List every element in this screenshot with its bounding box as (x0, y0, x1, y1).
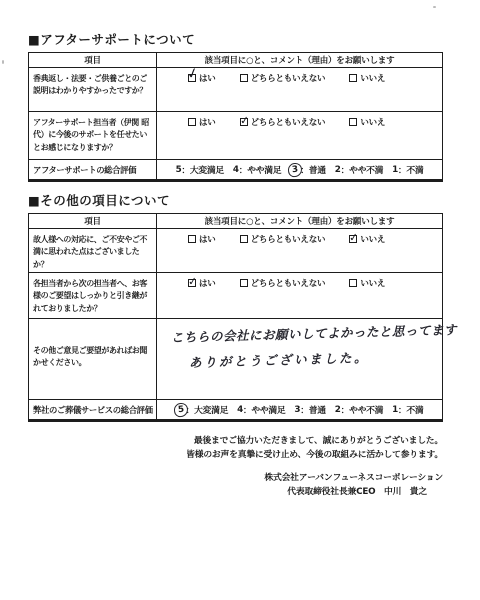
question-text: アフターサポート担当者（伊関 昭代）に今後のサポートを任せたいとお感じになります… (29, 112, 157, 159)
header-item-cell: 項目 (29, 53, 157, 67)
ceo-signature: 代表取締役社長兼CEO 中川 貴之 (28, 485, 443, 499)
handwritten-comment-line1: こちらの会社にお願いしてよかったと思ってます (171, 320, 442, 346)
rating-4: 4：やや満足 (237, 403, 285, 416)
checkbox-checked-icon: ✓ (349, 235, 357, 243)
check-mark-icon: ✓ (185, 66, 200, 83)
checkbox-empty-icon (188, 235, 196, 243)
header-instruction-cell: 該当項目に○と、コメント（理由）をお願いします (157, 214, 442, 228)
rating-5: 5：大変満足 (176, 163, 224, 176)
option-label: いいえ (360, 72, 385, 84)
header-instruction-cell: 該当項目に○と、コメント（理由）をお願いします (157, 53, 442, 67)
option-label: どちらともいえない (251, 233, 326, 245)
scan-artifact (433, 6, 436, 8)
table-row-after-support-rating: アフターサポートの総合評価 5：大変満足 4：やや満足 3：普通 2：やや不満 … (29, 160, 442, 179)
table-header-row: 項目 該当項目に○と、コメント（理由）をお願いします (29, 53, 442, 68)
header-item-cell: 項目 (29, 214, 157, 228)
option-yes: はい (188, 233, 216, 245)
option-label: いいえ (360, 233, 385, 245)
option-neutral: どちらともいえない (240, 277, 326, 289)
question-text: 故人様への対応に、ご不安やご不満に思われた点はございましたか？ (29, 229, 157, 272)
rating-2: 2：やや不満 (335, 403, 383, 416)
table-row-free-comment: その他ご意見ご要望があればお聞かせください。 こちらの会社にお願いしてよかったと… (29, 319, 442, 400)
company-block: 株式会社アーバンフューネスコーポレーション 代表取締役社長兼CEO 中川 貴之 (28, 471, 443, 499)
footer-block: 最後までご協力いただきまして、誠にありがとうございました。 皆様のお声を真摯に受… (28, 434, 443, 499)
option-label: どちらともいえない (251, 277, 326, 289)
handwritten-comment-line2: ありがとうございました。 (189, 346, 442, 371)
option-label: いいえ (360, 277, 385, 289)
checkbox-empty-icon (349, 118, 357, 126)
section-title-other-items: ■その他の項目について (28, 191, 443, 209)
rating-3-circled: 3：普通 (290, 163, 326, 177)
checkbox-empty-icon (240, 279, 248, 287)
checkbox-checked-icon: ✓ (188, 74, 196, 82)
checkbox-empty-icon (240, 74, 248, 82)
thanks-line1: 最後までご協力いただきまして、誠にありがとうございました。 (28, 434, 443, 448)
option-yes: ✓ はい (188, 72, 216, 84)
option-yes: はい (188, 116, 216, 128)
table-row-deceased-question: 故人様への対応に、ご不安やご不満に思われた点はございましたか？ はい どちらとも… (29, 229, 442, 273)
after-support-table: 項目 該当項目に○と、コメント（理由）をお願いします 香典返し・法要・ご供養ごと… (28, 52, 443, 182)
rating-3: 3：普通 (294, 403, 325, 416)
rating-label: アフターサポートの総合評価 (29, 160, 157, 179)
rating-scale: 5：大変満足 4：やや満足 3：普通 2：やや不満 1：不満 (157, 160, 442, 179)
option-label: はい (199, 116, 216, 128)
rating-2: 2：やや不満 (335, 163, 383, 176)
option-group: はい ✓ どちらともいえない いいえ (157, 112, 442, 128)
option-label: はい (199, 233, 216, 245)
checkbox-empty-icon (349, 74, 357, 82)
option-no: ✓ いいえ (349, 233, 385, 245)
company-name: 株式会社アーバンフューネスコーポレーション (28, 471, 443, 485)
rating-label: 弊社のご葬儀サービスの総合評価 (29, 400, 157, 419)
checkbox-empty-icon (240, 235, 248, 243)
checkbox-checked-icon: ✓ (188, 279, 196, 287)
option-label: いいえ (360, 116, 385, 128)
thanks-line2: 皆様のお声を真摯に受け止め、今後の取組みに活かして参ります。 (28, 448, 443, 462)
option-no: いいえ (349, 116, 385, 128)
other-items-table: 項目 該当項目に○と、コメント（理由）をお願いします 故人様への対応に、ご不安や… (28, 213, 443, 422)
comment-label: その他ご意見ご要望があればお聞かせください。 (29, 319, 157, 399)
option-no: いいえ (349, 72, 385, 84)
option-label: はい (199, 277, 216, 289)
table-row-koden-question: 香典返し・法要・ご供養ごとのご説明はわかりやすかったですか？ ✓ はい どちらと… (29, 68, 442, 112)
scanned-survey-page: ■アフターサポートについて 項目 該当項目に○と、コメント（理由）をお願いします… (0, 0, 480, 600)
option-label: どちらともいえない (251, 72, 326, 84)
option-group: ✓ はい どちらともいえない いいえ (157, 273, 442, 289)
checkbox-empty-icon (188, 118, 196, 126)
option-neutral: どちらともいえない (240, 72, 326, 84)
comment-cell: こちらの会社にお願いしてよかったと思ってます ありがとうございました。 (157, 319, 442, 399)
option-label: はい (199, 72, 216, 84)
section-title-after-support: ■アフターサポートについて (28, 30, 443, 48)
rating-5-circled: 5：大変満足 (176, 403, 229, 417)
rating-1: 1：不満 (392, 163, 423, 176)
option-group: はい どちらともいえない ✓ いいえ (157, 229, 442, 245)
option-group: ✓ はい どちらともいえない いいえ (157, 68, 442, 84)
option-no: いいえ (349, 277, 385, 289)
check-mark-icon: ✓ (187, 276, 197, 288)
checkbox-checked-icon: ✓ (240, 118, 248, 126)
document-content: ■アフターサポートについて 項目 該当項目に○と、コメント（理由）をお願いします… (28, 30, 443, 499)
table-row-funeral-service-rating: 弊社のご葬儀サービスの総合評価 5：大変満足 4：やや満足 3：普通 2：やや不… (29, 400, 442, 419)
rating-4: 4：やや満足 (233, 163, 281, 176)
rating-scale: 5：大変満足 4：やや満足 3：普通 2：やや不満 1：不満 (157, 400, 442, 419)
rating-1: 1：不満 (392, 403, 423, 416)
table-row-support-staff-question: アフターサポート担当者（伊関 昭代）に今後のサポートを任せたいとお感じになります… (29, 112, 442, 160)
question-text: 香典返し・法要・ご供養ごとのご説明はわかりやすかったですか？ (29, 68, 157, 111)
table-row-handover-question: 各担当者から次の担当者へ、お客様のご要望はしっかりと引き継がれておりましたか？ … (29, 273, 442, 319)
option-neutral: どちらともいえない (240, 233, 326, 245)
check-mark-icon: ✓ (349, 232, 359, 244)
check-mark-icon: ✓ (239, 115, 249, 127)
checkbox-empty-icon (349, 279, 357, 287)
option-neutral: ✓ どちらともいえない (240, 116, 326, 128)
table-header-row: 項目 該当項目に○と、コメント（理由）をお願いします (29, 214, 442, 229)
option-yes: ✓ はい (188, 277, 216, 289)
option-label: どちらともいえない (251, 116, 326, 128)
scan-artifact (2, 60, 4, 64)
question-text: 各担当者から次の担当者へ、お客様のご要望はしっかりと引き継がれておりましたか？ (29, 273, 157, 318)
